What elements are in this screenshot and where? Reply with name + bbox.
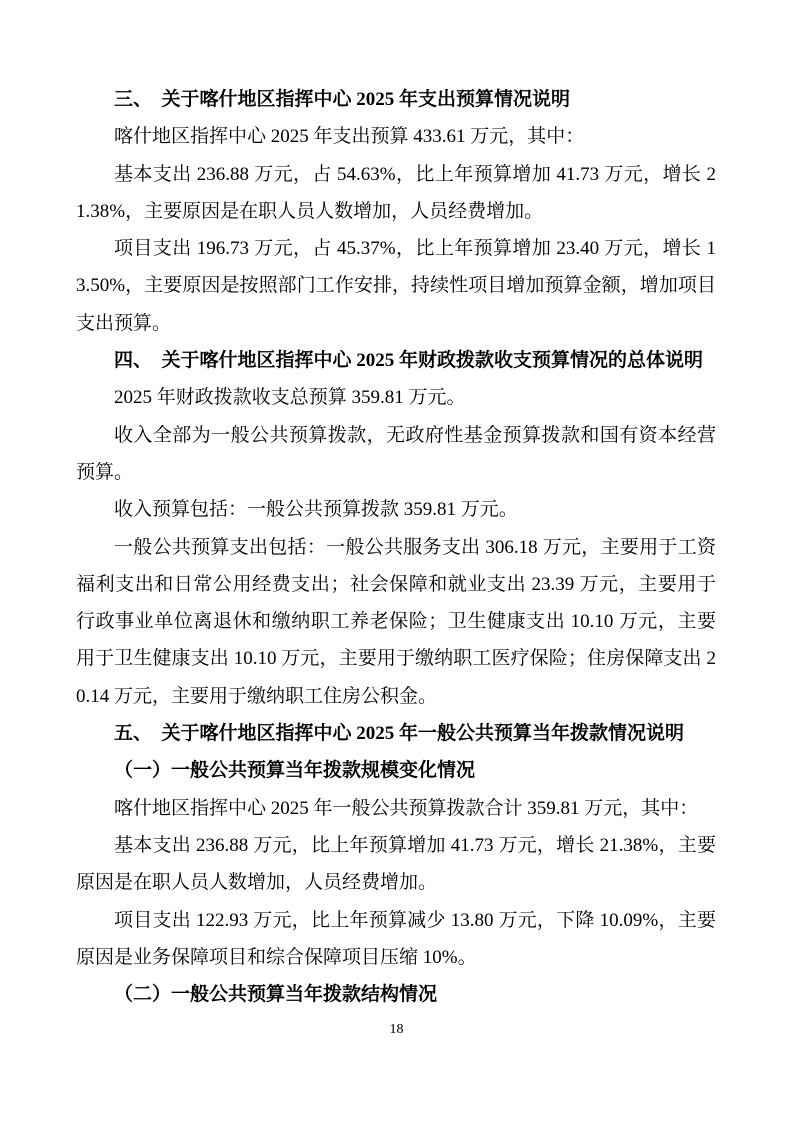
paragraph-basic-expenditure: 基本支出 236.88 万元，占 54.63%，比上年预算增加 41.73 万元… (76, 156, 716, 231)
paragraph-income-budget: 收入预算包括：一般公共预算拨款 359.81 万元。 (76, 491, 716, 528)
paragraph-public-budget-expenditure-detail: 一般公共预算支出包括：一般公共服务支出 306.18 万元，主要用于工资福利支出… (76, 529, 716, 715)
page-number: 18 (0, 1022, 793, 1038)
document-body: 三、 关于喀什地区指挥中心 2025 年支出预算情况说明 喀什地区指挥中心 20… (76, 81, 716, 1013)
section-heading-expenditure-budget: 三、 关于喀什地区指挥中心 2025 年支出预算情况说明 (76, 81, 716, 118)
paragraph-basic-expenditure-change: 基本支出 236.88 万元，比上年预算增加 41.73 万元，增长 21.38… (76, 827, 716, 902)
paragraph-project-expenditure: 项目支出 196.73 万元，占 45.37%，比上年预算增加 23.40 万元… (76, 230, 716, 342)
document-page: 三、 关于喀什地区指挥中心 2025 年支出预算情况说明 喀什地区指挥中心 20… (0, 0, 793, 1122)
paragraph-income-source: 收入全部为一般公共预算拨款，无政府性基金预算拨款和国有资本经营预算。 (76, 417, 716, 492)
paragraph-appropriation-total: 喀什地区指挥中心 2025 年一般公共预算拨款合计 359.81 万元，其中： (76, 790, 716, 827)
section-heading-fiscal-appropriation: 四、 关于喀什地区指挥中心 2025 年财政拨款收支预算情况的总体说明 (76, 342, 716, 379)
paragraph-fiscal-total-budget: 2025 年财政拨款收支总预算 359.81 万元。 (76, 379, 716, 416)
paragraph-total-expenditure: 喀什地区指挥中心 2025 年支出预算 433.61 万元，其中： (76, 118, 716, 155)
paragraph-project-expenditure-change: 项目支出 122.93 万元，比上年预算减少 13.80 万元，下降 10.09… (76, 902, 716, 977)
section-heading-current-year-appropriation: 五、 关于喀什地区指挥中心 2025 年一般公共预算当年拨款情况说明 (76, 715, 716, 752)
subsection-heading-structure: （二）一般公共预算当年拨款结构情况 (76, 976, 716, 1013)
subsection-heading-scale-change: （一）一般公共预算当年拨款规模变化情况 (76, 752, 716, 789)
